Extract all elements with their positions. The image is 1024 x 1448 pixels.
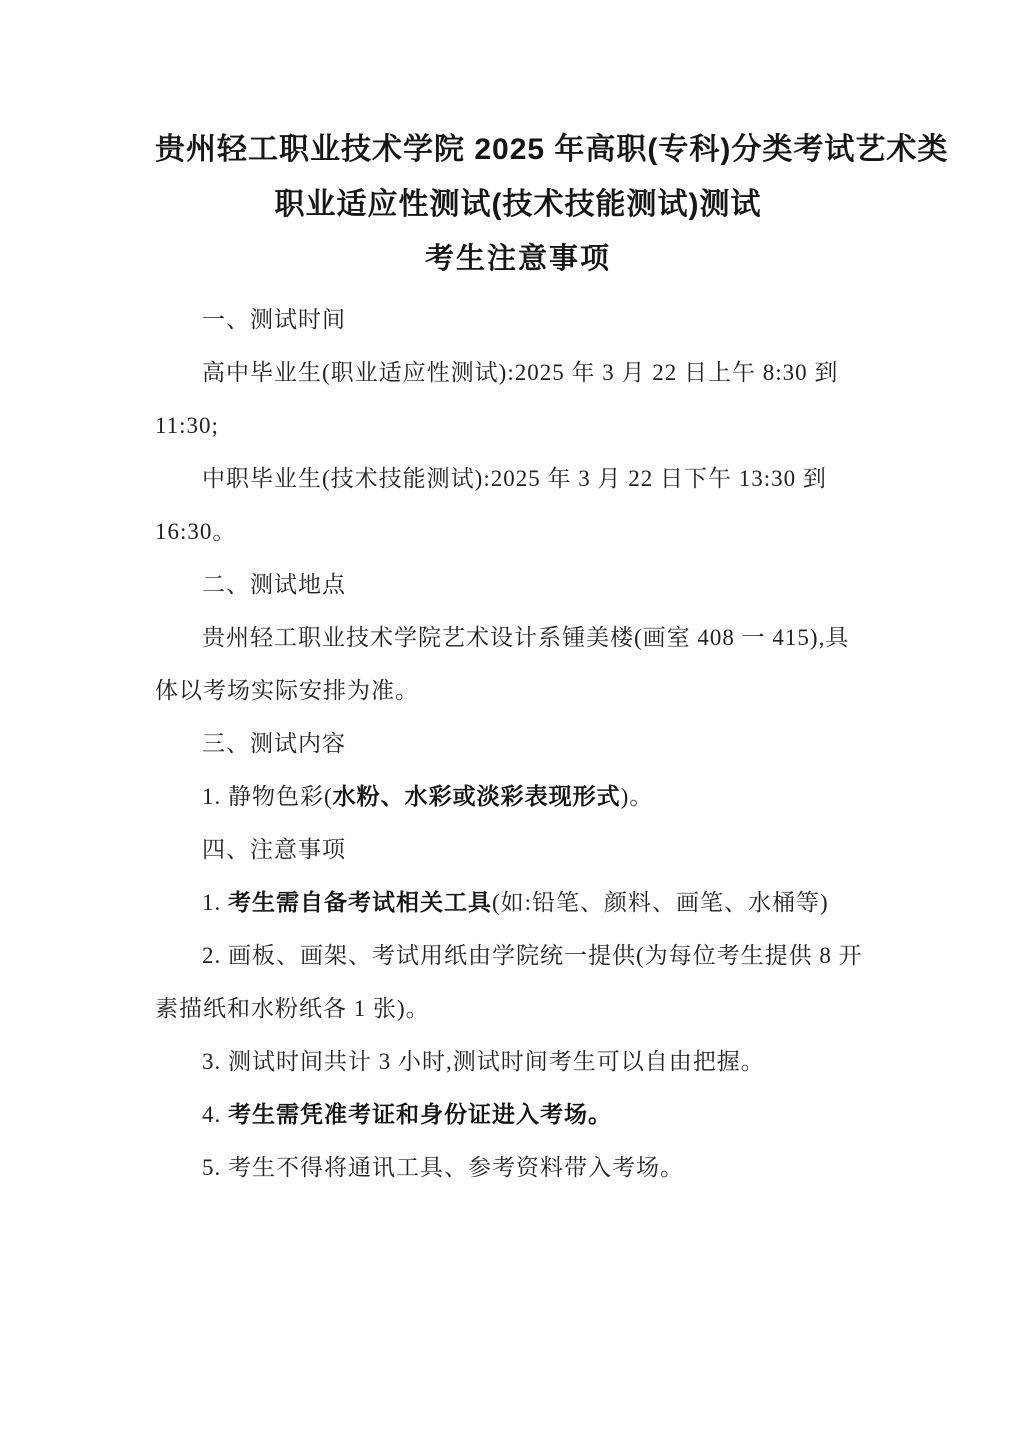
text-segment: 5. 考生不得将通讯工具、参考资料带入考场。 (202, 1155, 684, 1180)
text-segment: 三、测试内容 (202, 731, 346, 756)
text-segment: 4. (202, 1102, 228, 1127)
text-segment: 高中毕业生(职业适应性测试):2025 年 3 月 22 日上午 8:30 到 (202, 360, 838, 385)
text-line: 16:30。 (155, 505, 881, 558)
text-segment-bold: 考生需凭准考证和身份证进入考场。 (228, 1101, 612, 1127)
text-segment: 贵州轻工职业技术学院艺术设计系锺美楼(画室 408 一 415),具 (202, 625, 849, 650)
text-segment: 1. 静物色彩( (202, 784, 333, 809)
text-segment: 一、测试时间 (202, 307, 346, 332)
text-line: 3. 测试时间共计 3 小时,测试时间考生可以自由把握。 (155, 1035, 881, 1088)
text-segment: 2. 画板、画架、考试用纸由学院统一提供(为每位考生提供 8 开 (202, 943, 863, 968)
text-segment: 3. 测试时间共计 3 小时,测试时间考生可以自由把握。 (202, 1049, 765, 1074)
text-line: 二、测试地点 (155, 558, 881, 611)
text-line: 体以考场实际安排为准。 (155, 664, 881, 717)
text-segment-bold: 考生需自备考试相关工具 (228, 889, 492, 915)
text-line: 贵州轻工职业技术学院艺术设计系锺美楼(画室 408 一 415),具 (155, 611, 881, 664)
text-segment: 体以考场实际安排为准。 (155, 678, 419, 703)
text-line: 中职毕业生(技术技能测试):2025 年 3 月 22 日下午 13:30 到 (155, 452, 881, 505)
text-segment: 11:30; (155, 413, 219, 438)
document-title-line-2: 职业适应性测试(技术技能测试)测试 (155, 177, 881, 232)
text-line: 三、测试内容 (155, 717, 881, 770)
document-page: 贵州轻工职业技术学院 2025 年高职(专科)分类考试艺术类 职业适应性测试(技… (0, 0, 1024, 1448)
text-segment: 素描纸和水粉纸各 1 张)。 (155, 996, 430, 1021)
document-title-line-1: 贵州轻工职业技术学院 2025 年高职(专科)分类考试艺术类 (155, 122, 881, 177)
text-line: 一、测试时间 (155, 293, 881, 346)
text-line: 11:30; (155, 399, 881, 452)
text-line: 素描纸和水粉纸各 1 张)。 (155, 982, 881, 1035)
text-segment: 1. (202, 890, 228, 915)
text-segment: 16:30。 (155, 519, 236, 544)
text-line: 5. 考生不得将通讯工具、参考资料带入考场。 (155, 1141, 881, 1194)
text-segment: 二、测试地点 (202, 572, 346, 597)
text-segment: 四、注意事项 (202, 837, 346, 862)
text-segment: )。 (621, 784, 654, 809)
text-line: 2. 画板、画架、考试用纸由学院统一提供(为每位考生提供 8 开 (155, 929, 881, 982)
document-title: 贵州轻工职业技术学院 2025 年高职(专科)分类考试艺术类 职业适应性测试(技… (155, 122, 881, 232)
text-segment-bold: 水粉、水彩或淡彩表现形式 (333, 783, 621, 809)
document-subtitle: 考生注意事项 (155, 232, 881, 287)
text-line: 1. 静物色彩(水粉、水彩或淡彩表现形式)。 (155, 770, 881, 823)
text-line: 四、注意事项 (155, 823, 881, 876)
document-body: 一、测试时间高中毕业生(职业适应性测试):2025 年 3 月 22 日上午 8… (155, 293, 881, 1194)
text-line: 1. 考生需自备考试相关工具(如:铅笔、颜料、画笔、水桶等) (155, 876, 881, 929)
text-line: 4. 考生需凭准考证和身份证进入考场。 (155, 1088, 881, 1141)
text-segment: (如:铅笔、颜料、画笔、水桶等) (492, 890, 829, 915)
text-line: 高中毕业生(职业适应性测试):2025 年 3 月 22 日上午 8:30 到 (155, 346, 881, 399)
text-segment: 中职毕业生(技术技能测试):2025 年 3 月 22 日下午 13:30 到 (202, 466, 827, 491)
